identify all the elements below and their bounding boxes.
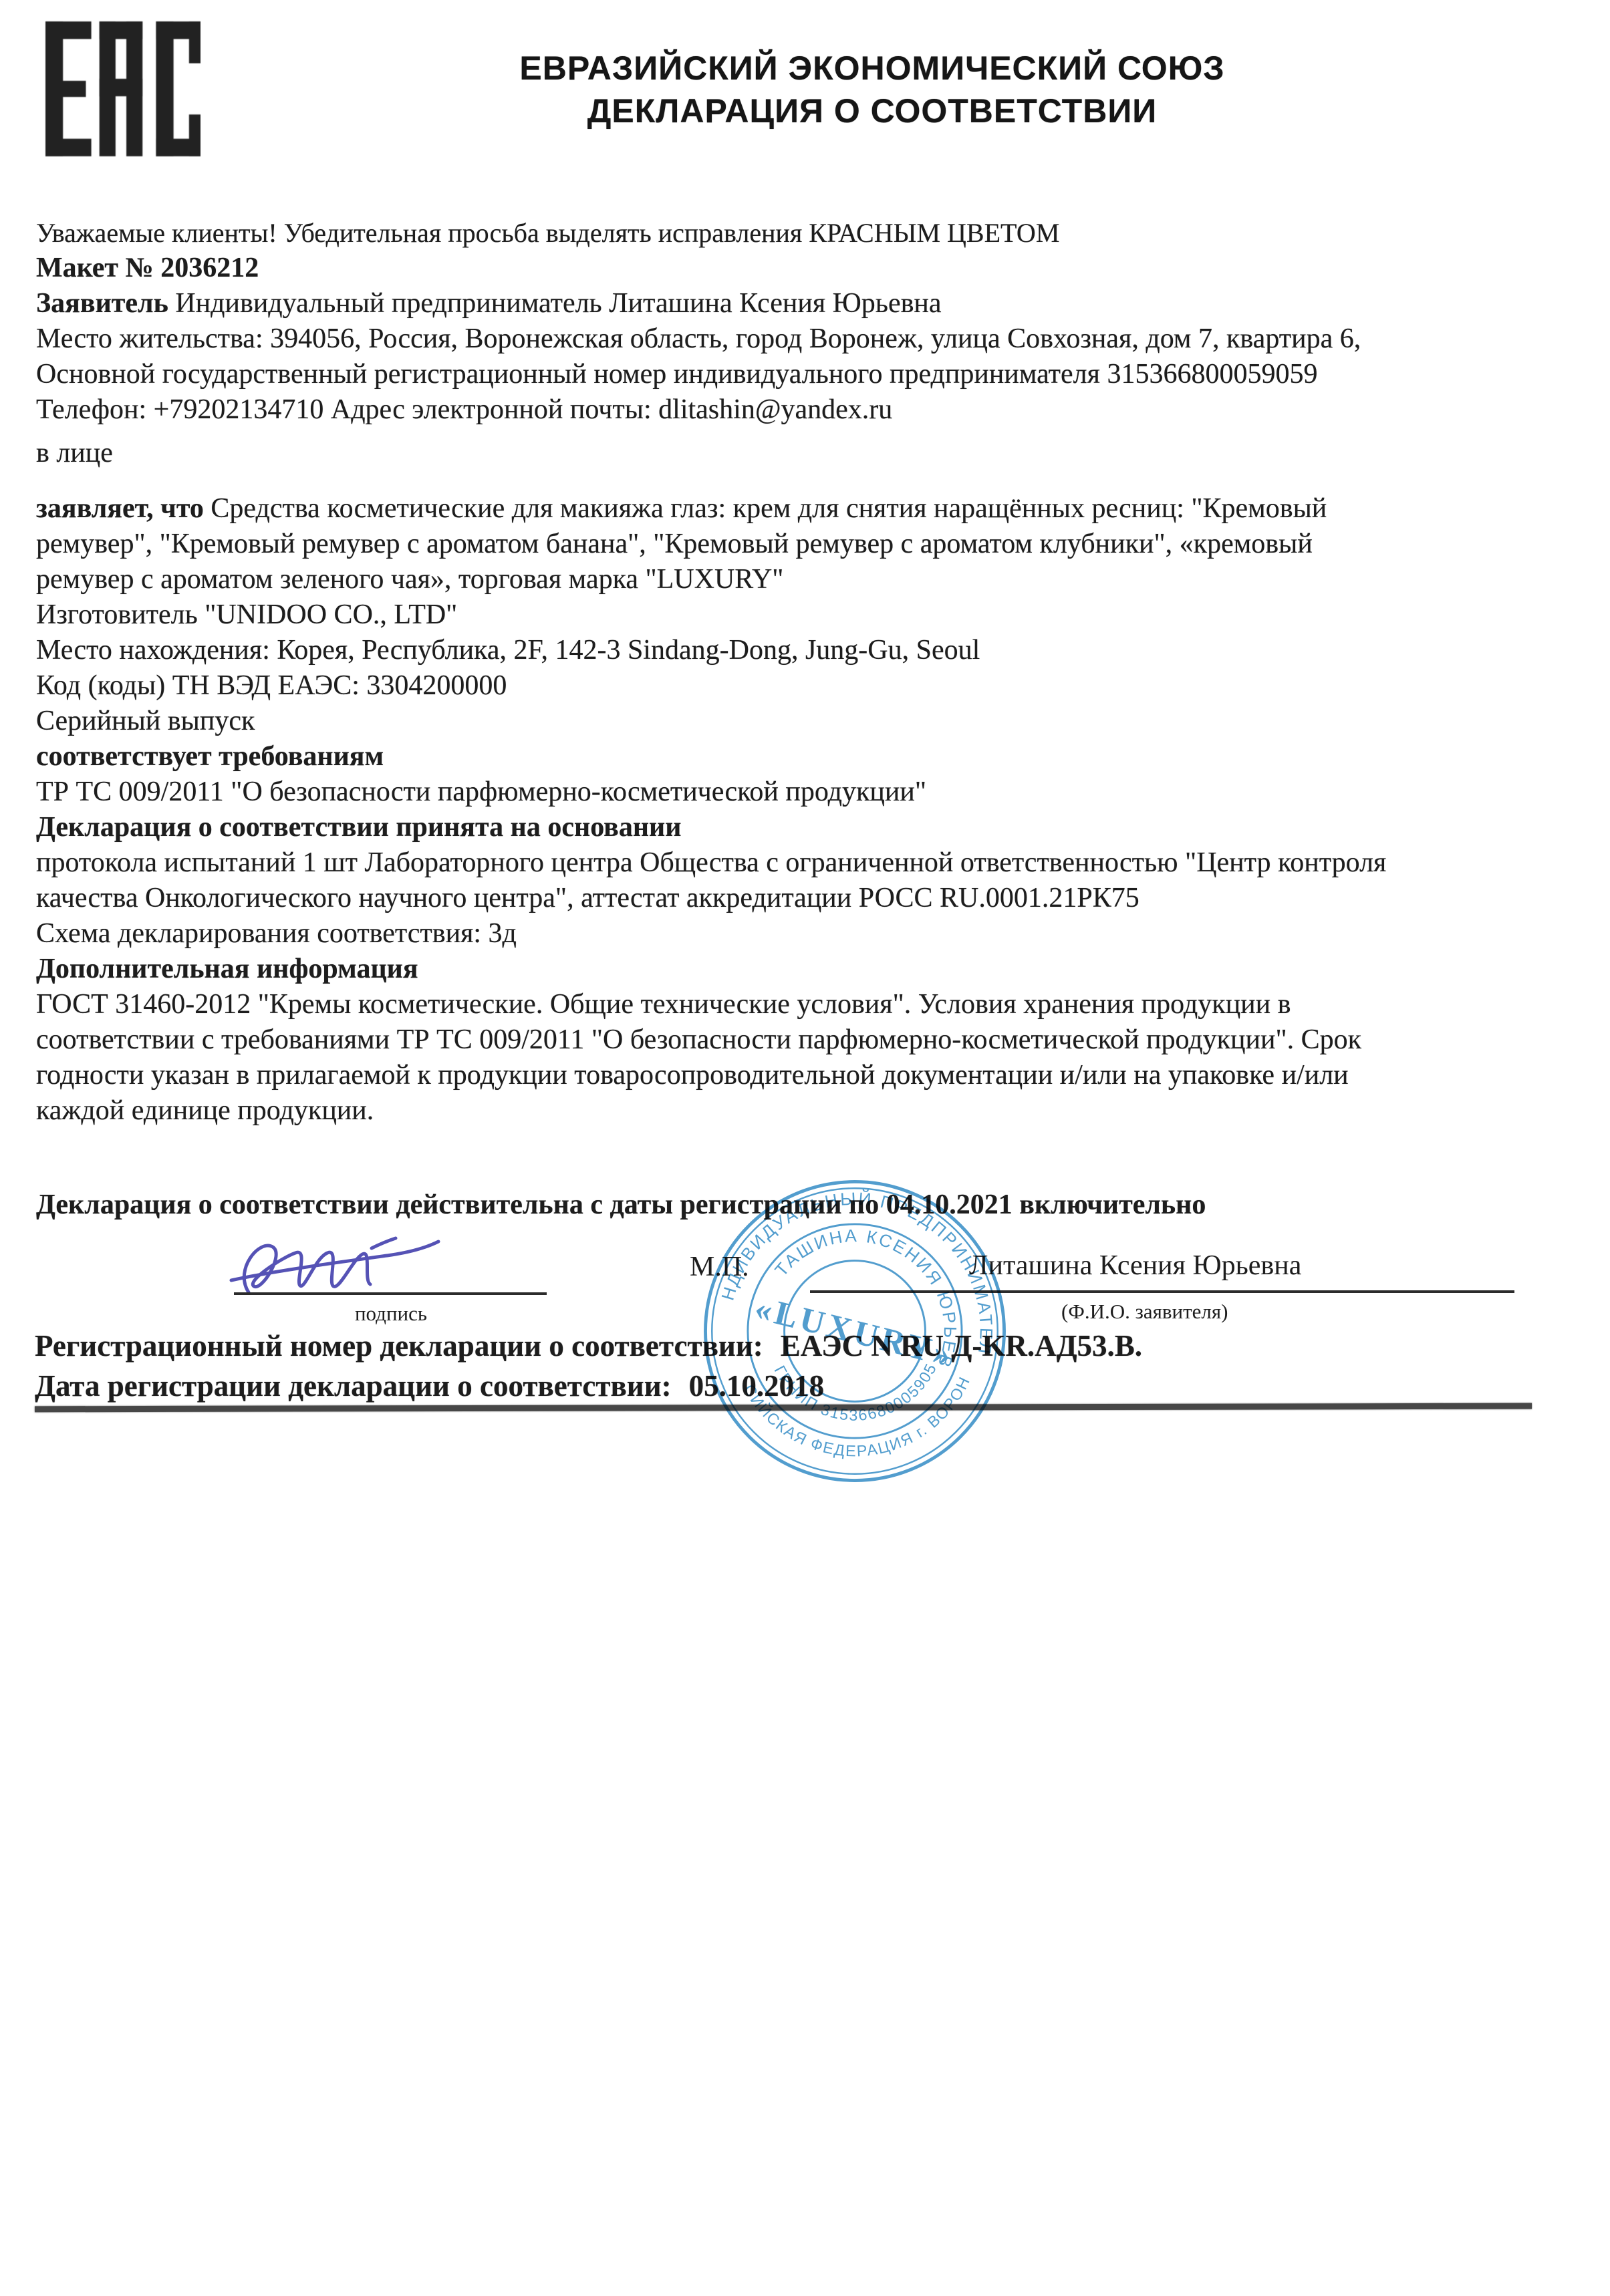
complies-label: соответствует требованиям [36, 739, 1573, 774]
declares-line-1: заявляет, что Средства косметические для… [36, 491, 1573, 527]
applicant-line: Заявитель Индивидуальный предприниматель… [36, 286, 1573, 321]
additional-line-4: каждой единице продукции. [36, 1093, 1573, 1129]
basis-line-1: протокола испытаний 1 шт Лабораторного ц… [36, 845, 1573, 881]
in-person-line: в лице [36, 436, 1573, 471]
fio-caption: (Ф.И.О. заявителя) [1061, 1300, 1228, 1324]
issue-type-line: Серийный выпуск [36, 704, 1573, 739]
declaration-document-page: ЕВРАЗИЙСКИЙ ЭКОНОМИЧЕСКИЙ СОЮЗ ДЕКЛАРАЦИ… [0, 0, 1610, 2296]
title-line-1: ЕВРАЗИЙСКИЙ ЭКОНОМИЧЕСКИЙ СОЮЗ [461, 47, 1283, 90]
declares-line-3: ремувер с ароматом зеленого чая», торгов… [36, 562, 1573, 597]
declares-line-2: ремувер", "Кремовый ремувер с ароматом б… [36, 527, 1573, 562]
registration-number-label: Регистрационный номер декларации о соотв… [35, 1329, 763, 1362]
signer-name: Литашина Ксения Юрьевна [969, 1250, 1301, 1282]
residence-line: Место жительства: 394056, Россия, Вороне… [36, 321, 1573, 357]
registration-date-label: Дата регистрации декларации о соответств… [35, 1369, 672, 1403]
handwritten-signature [221, 1228, 468, 1298]
ogrnip-line: Основной государственный регистрационный… [36, 357, 1573, 392]
scheme-line: Схема декларирования соответствия: 3д [36, 916, 1573, 952]
layout-number: Макет № 2036212 [36, 251, 1573, 286]
luxury-round-stamp: ИНДИВИДУАЛЬНЫЙ ПРЕДПРИНИМАТЕЛЬ ЛИТАШИНА … [692, 1168, 1018, 1494]
basis-line-2: качества Онкологического научного центра… [36, 881, 1573, 916]
additional-line-2: соответствии с требованиями ТР ТС 009/20… [36, 1022, 1573, 1058]
applicant-value: Индивидуальный предприниматель Литашина … [168, 288, 942, 319]
signature-underline [234, 1292, 547, 1295]
document-title: ЕВРАЗИЙСКИЙ ЭКОНОМИЧЕСКИЙ СОЮЗ ДЕКЛАРАЦИ… [461, 47, 1283, 132]
tr-ts-line: ТР ТС 009/2011 "О безопасности парфюмерн… [36, 774, 1573, 810]
additional-line-1: ГОСТ 31460-2012 "Кремы косметические. Об… [36, 987, 1573, 1022]
declares-label: заявляет, что [36, 493, 204, 524]
manufacturer-line: Изготовитель "UNIDOO CO., LTD" [36, 597, 1573, 633]
eac-logo [45, 21, 200, 156]
basis-label: Декларация о соответствии принята на осн… [36, 810, 1573, 845]
declares-value: Средства косметические для макияжа глаз:… [204, 493, 1327, 524]
stamp-center-brand-text: «LUXURY» [751, 1288, 958, 1374]
document-body: Уважаемые клиенты! Убедительная просьба … [36, 215, 1573, 1223]
contacts-line: Телефон: +79202134710 Адрес электронной … [36, 392, 1573, 428]
additional-info-label: Дополнительная информация [36, 952, 1573, 987]
additional-line-3: годности указан в прилагаемой к продукци… [36, 1058, 1573, 1093]
title-line-2: ДЕКЛАРАЦИЯ О СООТВЕТСТВИИ [461, 90, 1283, 132]
tnved-code-line: Код (коды) ТН ВЭД ЕАЭС: 3304200000 [36, 668, 1573, 704]
signature-caption: подпись [301, 1302, 481, 1326]
manufacturer-location-line: Место нахождения: Корея, Республика, 2F,… [36, 633, 1573, 668]
clients-notice: Уважаемые клиенты! Убедительная просьба … [36, 215, 1573, 251]
applicant-label: Заявитель [36, 288, 168, 319]
